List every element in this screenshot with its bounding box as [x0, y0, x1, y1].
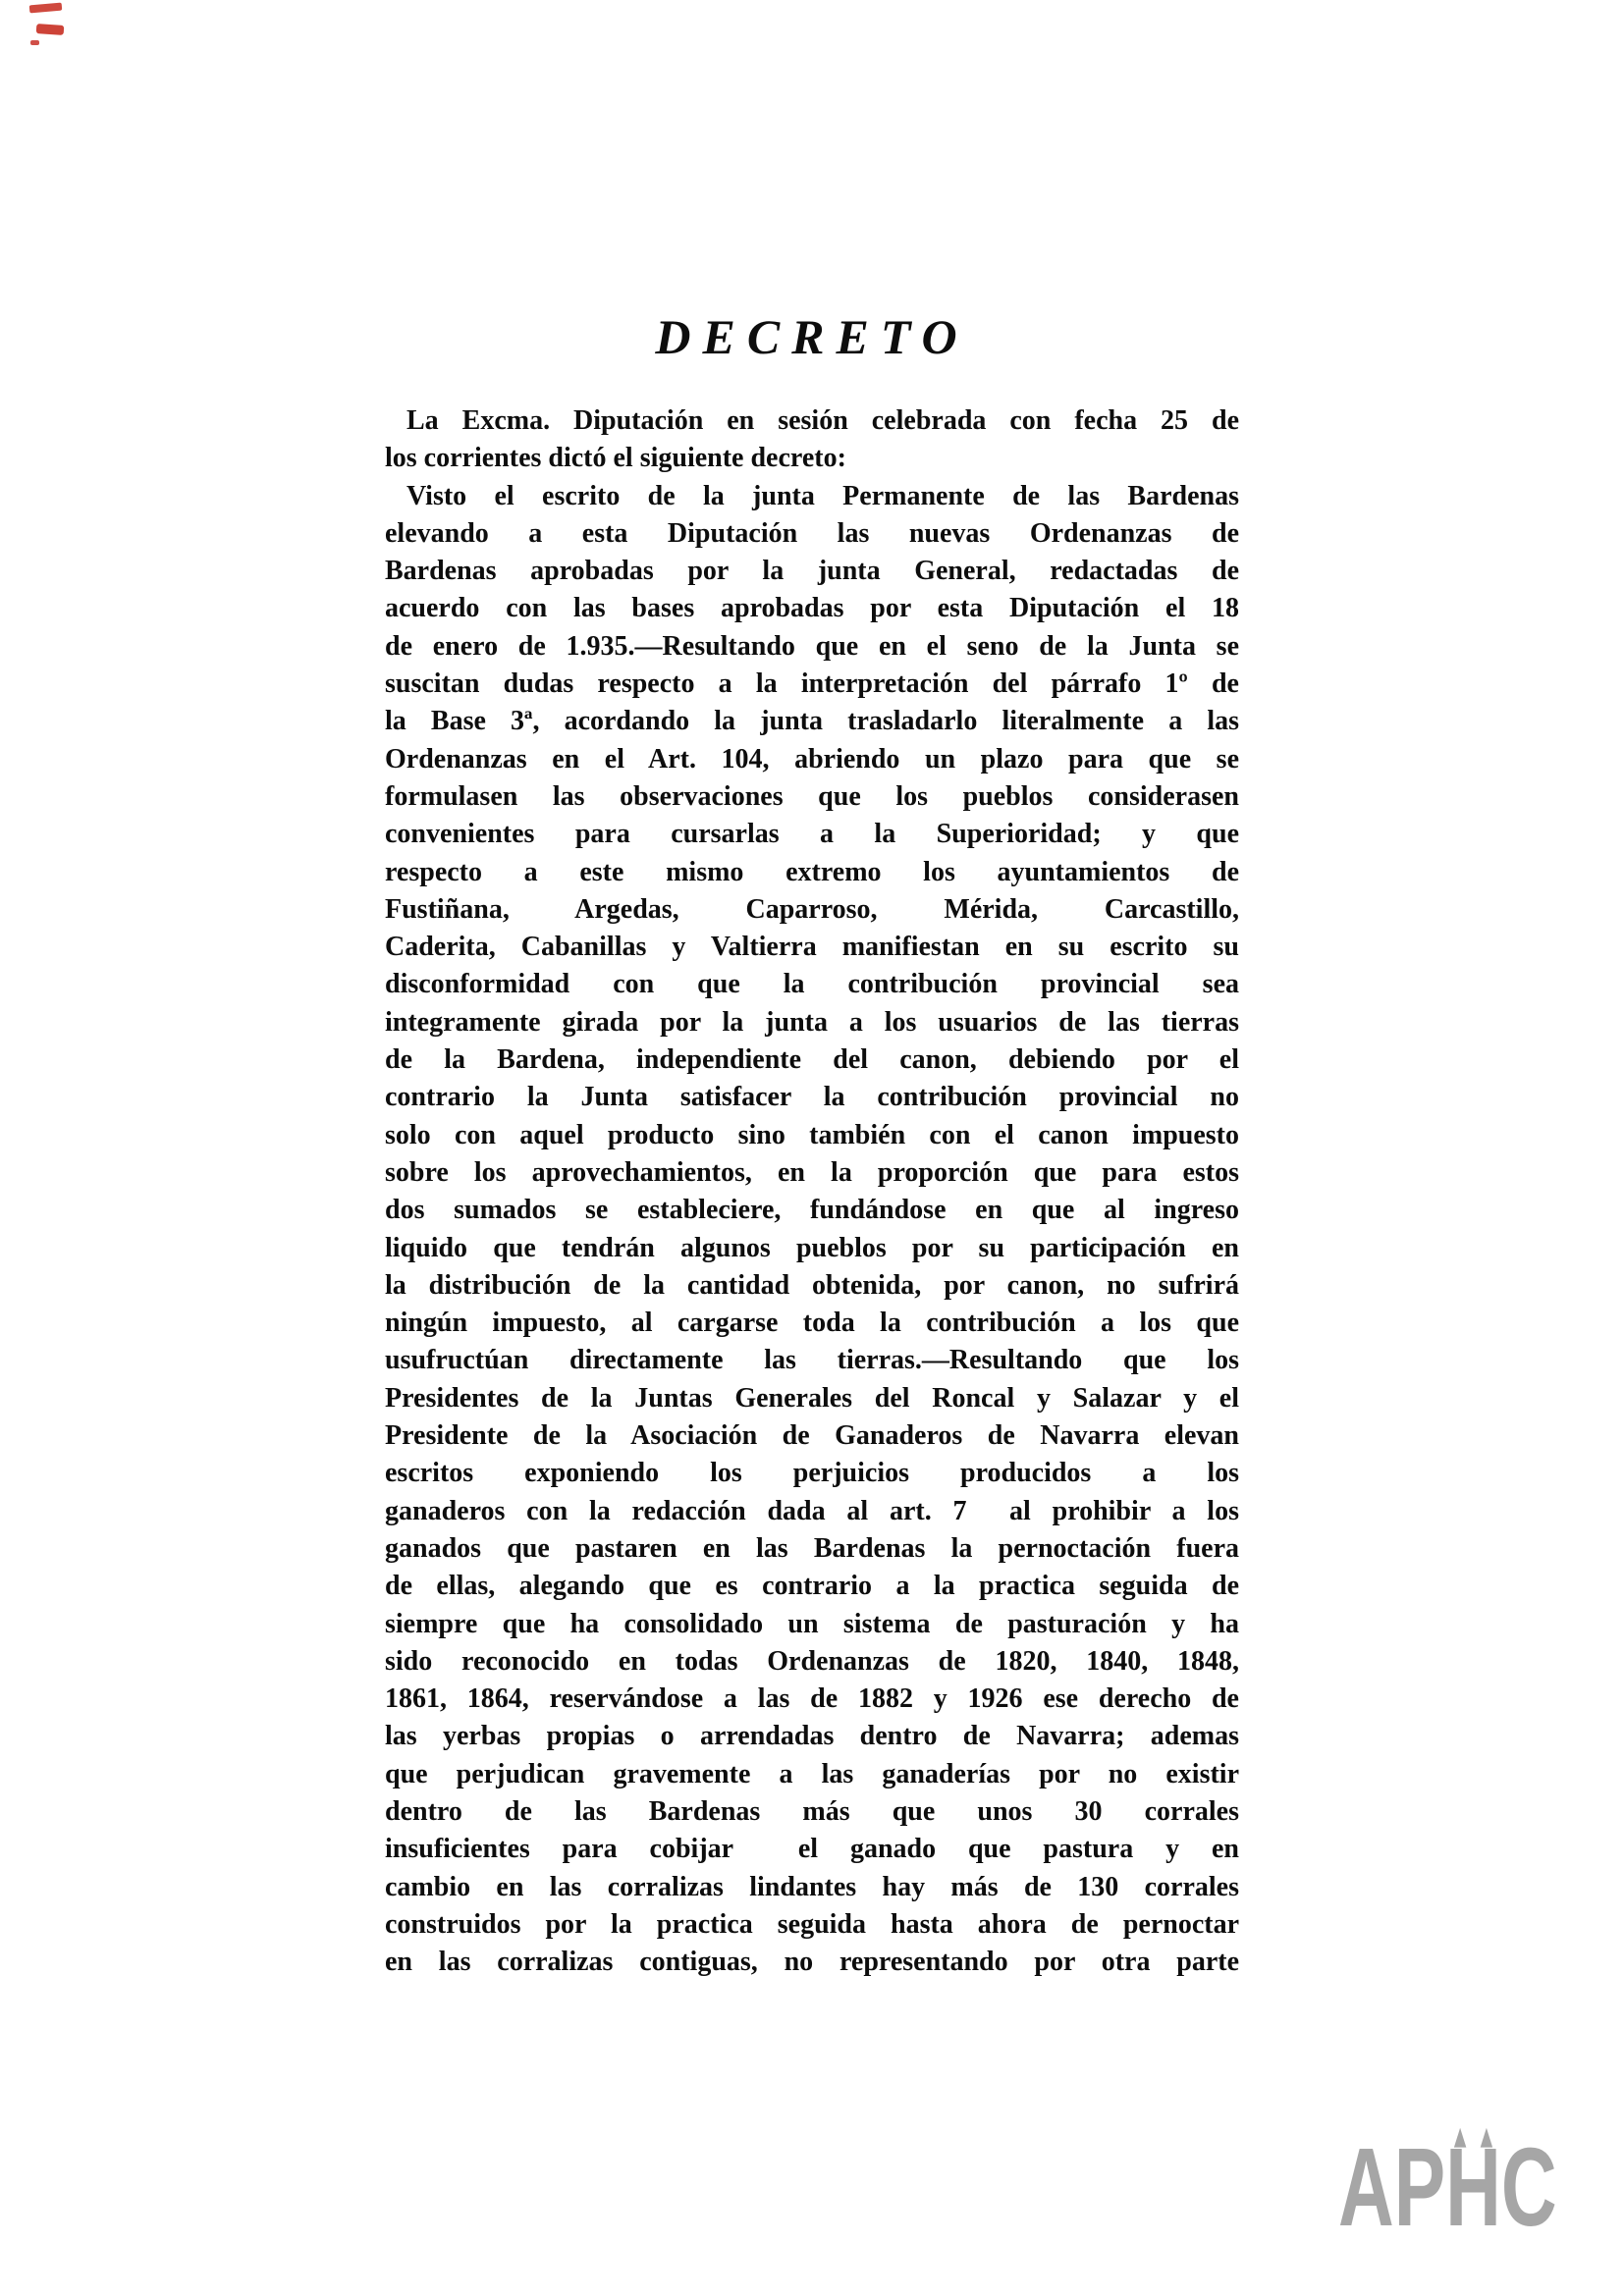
text-line: cambio en las corralizas lindantes hay m… [385, 1869, 1239, 1906]
text-line: de la Bardena, independiente del canon, … [385, 1041, 1239, 1079]
text-line: suscitan dudas respecto a la interpretac… [385, 666, 1239, 703]
text-line: que perjudican gravemente a las ganaderí… [385, 1756, 1239, 1793]
text-line: insuficientes para cobijar el ganado que… [385, 1831, 1239, 1868]
text-line: integramente girada por la junta a los u… [385, 1004, 1239, 1041]
aphc-watermark: APHC [1338, 2126, 1566, 2232]
text-line: disconformidad con que la contribución p… [385, 966, 1239, 1003]
text-line: Bardenas aprobadas por la junta General,… [385, 553, 1239, 590]
text-line: de enero de 1.935.—Resultando que en el … [385, 628, 1239, 666]
text-line: respecto a este mismo extremo los ayunta… [385, 854, 1239, 891]
text-line: en las corralizas contiguas, no represen… [385, 1944, 1239, 1981]
text-line: ganaderos con la redacción dada al art. … [385, 1493, 1239, 1530]
text-line: sobre los aprovechamientos, en la propor… [385, 1154, 1239, 1192]
text-line: solo con aquel producto sino también con… [385, 1117, 1239, 1154]
aphc-logo: APHC [1338, 2126, 1566, 2232]
text-line: Presidentes de la Juntas Generales del R… [385, 1380, 1239, 1417]
decree-title: DECRETO [385, 312, 1239, 361]
text-line: Ordenanzas en el Art. 104, abriendo un p… [385, 741, 1239, 778]
document-page: DECRETO La Excma. Diputación en sesión c… [0, 0, 1624, 2296]
text-line: convenientes para cursarlas a la Superio… [385, 816, 1239, 853]
text-line: formulasen las observaciones que los pue… [385, 778, 1239, 816]
text-line: de ellas, alegando que es contrario a la… [385, 1568, 1239, 1605]
text-line: siempre que ha consolidado un sistema de… [385, 1606, 1239, 1643]
text-line: contrario la Junta satisfacer la contrib… [385, 1079, 1239, 1116]
text-line: ningún impuesto, al cargarse toda la con… [385, 1305, 1239, 1342]
text-line: Visto el escrito de la junta Permanente … [385, 478, 1239, 515]
text-line: ganados que pastaren en las Bardenas la … [385, 1530, 1239, 1568]
text-line: escritos exponiendo los perjuicios produ… [385, 1455, 1239, 1492]
text-line: Caderita, Cabanillas y Valtierra manifie… [385, 929, 1239, 966]
text-line: usufructúan directamente las tierras.—Re… [385, 1342, 1239, 1379]
decree-body: La Excma. Diputación en sesión celebrada… [385, 402, 1239, 1981]
red-pen-stroke [29, 3, 63, 14]
red-pen-stroke [30, 40, 39, 45]
watermark-text: APHC [1338, 2126, 1557, 2232]
text-line: Fustiñana, Argedas, Caparroso, Mérida, C… [385, 891, 1239, 929]
text-line: acuerdo con las bases aprobadas por esta… [385, 590, 1239, 627]
text-line: liquido que tendrán algunos pueblos por … [385, 1230, 1239, 1267]
text-line: construidos por la practica seguida hast… [385, 1906, 1239, 1944]
text-line: dos sumados se estableciere, fundándose … [385, 1192, 1239, 1229]
text-line: sido reconocido en todas Ordenanzas de 1… [385, 1643, 1239, 1681]
text-line: Presidente de la Asociación de Ganaderos… [385, 1417, 1239, 1455]
red-pen-stroke [36, 24, 65, 35]
text-line: la distribución de la cantidad obtenida,… [385, 1267, 1239, 1305]
text-line: 1861, 1864, reservándose a las de 1882 y… [385, 1681, 1239, 1718]
text-line: los corrientes dictó el siguiente decret… [385, 440, 1239, 477]
text-line: las yerbas propias o arrendadas dentro d… [385, 1718, 1239, 1755]
text-line: dentro de las Bardenas más que unos 30 c… [385, 1793, 1239, 1831]
red-annotation-marks [0, 0, 118, 69]
text-line: La Excma. Diputación en sesión celebrada… [385, 402, 1239, 440]
text-line: elevando a esta Diputación las nuevas Or… [385, 515, 1239, 553]
text-line: la Base 3ª, acordando la junta trasladar… [385, 703, 1239, 740]
